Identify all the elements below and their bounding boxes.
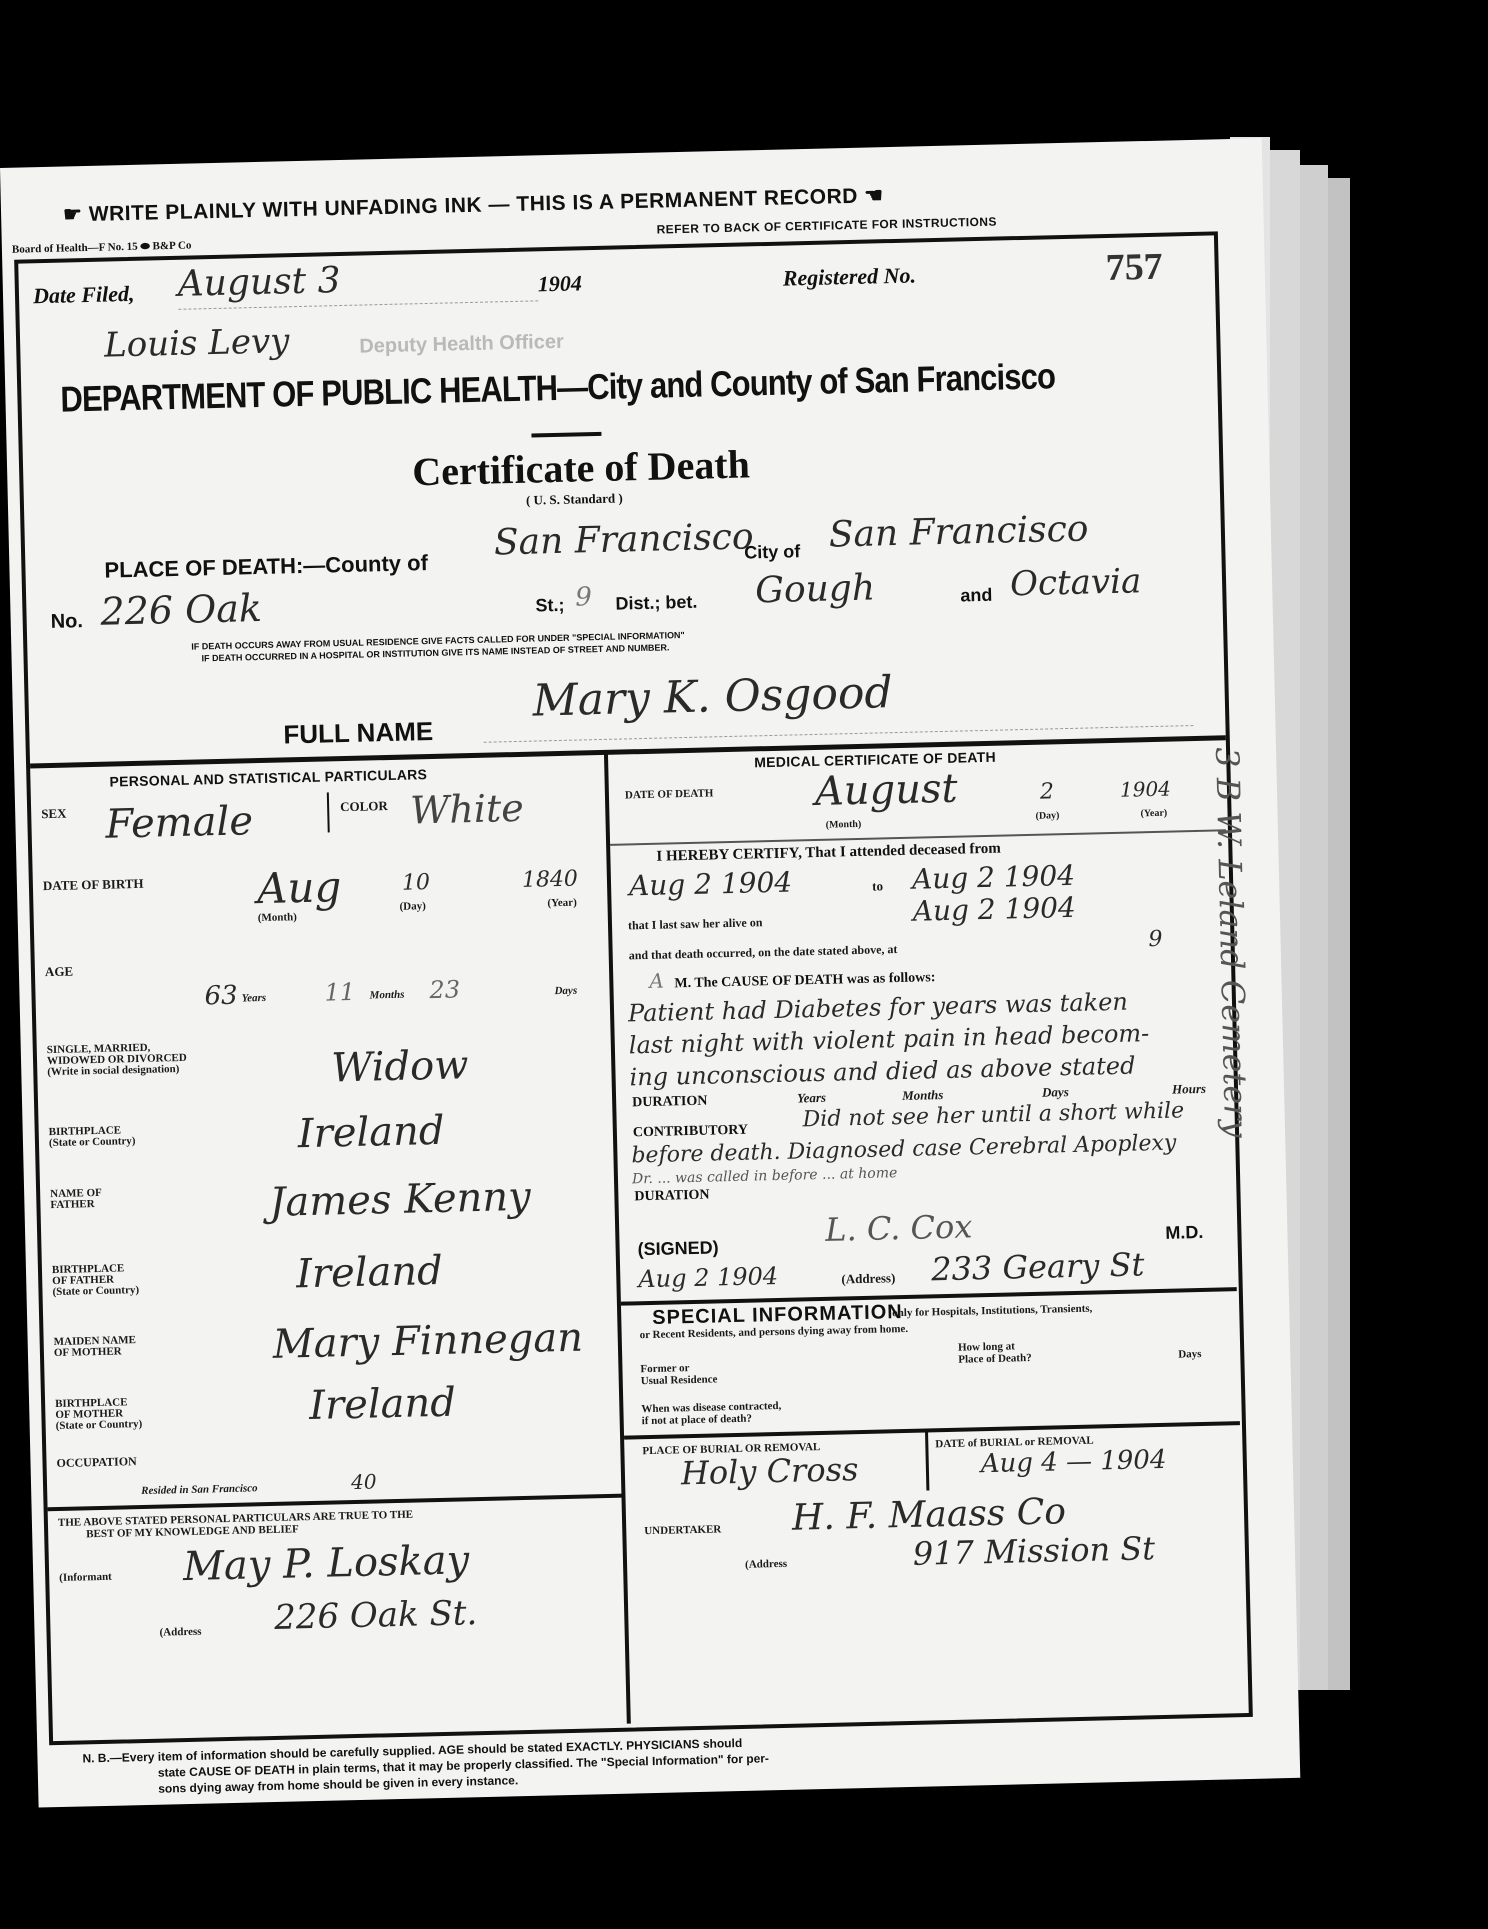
day-caption: (Day) bbox=[1035, 809, 1059, 823]
st-label: St.; bbox=[535, 595, 564, 617]
sex-value: Female bbox=[105, 798, 254, 847]
city-value: San Francisco bbox=[828, 508, 1088, 555]
margin-annotation: 3 B W. Leland Cemetery bbox=[1208, 747, 1255, 1138]
years-caption: Years bbox=[241, 992, 266, 1006]
and-label: and bbox=[960, 585, 993, 607]
pointing-hand-icon: ☚ bbox=[858, 184, 884, 208]
years-caption: Years bbox=[797, 1091, 826, 1105]
certificate-title: Certificate of Death bbox=[412, 440, 751, 495]
burial-date: Aug 4 — 1904 bbox=[980, 1445, 1166, 1479]
date-filed-label: Date Filed, bbox=[33, 281, 135, 309]
date-filed-value: August 3 bbox=[177, 260, 341, 305]
between-street-2: Octavia bbox=[1010, 561, 1142, 604]
marital-value: Widow bbox=[331, 1042, 469, 1091]
month-caption: (Month) bbox=[826, 818, 862, 832]
signed-date: Aug 2 1904 bbox=[638, 1262, 778, 1293]
form-id: Board of Health—F No. 15 ⬬ B&P Co bbox=[12, 240, 192, 257]
father-birthplace-value: Ireland bbox=[296, 1248, 444, 1297]
last-saw-date: Aug 2 1904 bbox=[912, 891, 1076, 928]
between-street-1: Gough bbox=[755, 568, 876, 612]
page-stack-edges bbox=[1300, 165, 1328, 1725]
certificate-page: ☛ WRITE PLAINLY WITH UNFADING INK — THIS… bbox=[0, 138, 1300, 1807]
father-birthplace-label-line: (State or Country) bbox=[52, 1285, 139, 1298]
full-name-label: FULL NAME bbox=[283, 716, 433, 751]
undertaker-address-label: (Address bbox=[745, 1558, 787, 1572]
date-filed-year: 1904 bbox=[538, 270, 583, 297]
street-no-label: No. bbox=[50, 610, 83, 634]
signed-label: (SIGNED) bbox=[637, 1237, 718, 1260]
how-long-days-label: Days bbox=[1178, 1348, 1202, 1362]
physician-address: 233 Geary St bbox=[931, 1245, 1145, 1288]
duration-label: DURATION bbox=[632, 1094, 708, 1112]
age-label: AGE bbox=[45, 965, 73, 979]
dob-day: 10 bbox=[402, 870, 431, 896]
father-label: NAME OF FATHER bbox=[50, 1188, 102, 1211]
attended-from: Aug 2 1904 bbox=[629, 866, 793, 903]
undertaker-label: UNDERTAKER bbox=[644, 1523, 721, 1538]
how-long-label: How long at Place of Death? bbox=[958, 1340, 1032, 1366]
certificate-subtitle: ( U. S. Standard ) bbox=[526, 490, 623, 508]
registered-label: Registered No. bbox=[783, 262, 917, 291]
burial-place: Holy Cross bbox=[680, 1450, 858, 1492]
physician-address-label: (Address) bbox=[841, 1271, 895, 1285]
physician-signature: L. C. Cox bbox=[825, 1207, 973, 1248]
contracted-label: When was disease contracted, if not at p… bbox=[641, 1400, 781, 1427]
father-birthplace-label: BIRTHPLACE OF FATHER (State or Country) bbox=[52, 1263, 139, 1298]
dob-month: Aug bbox=[256, 862, 341, 913]
footer-note: N. B.—Every item of information should b… bbox=[82, 1734, 769, 1798]
month-caption: (Month) bbox=[258, 911, 297, 925]
days-caption: Days bbox=[554, 985, 577, 999]
hours-caption: Hours bbox=[1172, 1082, 1206, 1096]
birthplace-label: BIRTHPLACE (State or Country) bbox=[49, 1125, 136, 1149]
birthplace-label-line: (State or Country) bbox=[49, 1136, 136, 1149]
undertaker-address: 917 Mission St bbox=[912, 1529, 1155, 1573]
informant-label: (Informant bbox=[59, 1571, 112, 1585]
color-value: White bbox=[410, 786, 524, 833]
city-label: City of bbox=[744, 541, 800, 563]
full-name-value: Mary K. Osgood bbox=[532, 667, 893, 726]
mother-value: Mary Finnegan bbox=[272, 1315, 583, 1368]
months-caption: Months bbox=[902, 1088, 943, 1102]
how-long-label-line: Place of Death? bbox=[958, 1352, 1032, 1366]
birthplace-value: Ireland bbox=[297, 1108, 445, 1157]
resided-label: Resided in San Francisco bbox=[141, 1482, 258, 1498]
color-label: COLOR bbox=[340, 799, 388, 813]
county-value: San Francisco bbox=[493, 516, 753, 563]
officer-title-stamp: Deputy Health Officer bbox=[359, 331, 564, 359]
informant-name: May P. Loskay bbox=[182, 1537, 469, 1590]
duration-label-2: DURATION bbox=[634, 1188, 710, 1206]
marital-label: SINGLE, MARRIED, WIDOWED OR DIVORCED (Wr… bbox=[47, 1042, 187, 1078]
mother-birthplace-label-line: (State or Country) bbox=[56, 1419, 143, 1432]
year-caption: (Year) bbox=[1140, 807, 1167, 821]
to-label: to bbox=[872, 879, 883, 892]
am-pm: A bbox=[649, 969, 664, 993]
age-days: 23 bbox=[429, 975, 460, 1004]
attended-to: Aug 2 1904 bbox=[912, 859, 1076, 896]
mother-label: MAIDEN NAME OF MOTHER bbox=[54, 1335, 137, 1359]
registered-number: 757 bbox=[1105, 245, 1163, 290]
year-caption: (Year) bbox=[547, 897, 577, 911]
former-residence-label: Former or Usual Residence bbox=[640, 1361, 717, 1387]
resided-years: 40 bbox=[351, 1469, 377, 1494]
dod-year: 1904 bbox=[1120, 777, 1171, 802]
occupation-label: OCCUPATION bbox=[56, 1455, 137, 1470]
mother-birthplace-value: Ireland bbox=[309, 1380, 457, 1429]
md-label: M.D. bbox=[1165, 1222, 1203, 1244]
father-value: James Kenny bbox=[269, 1174, 531, 1226]
mother-birthplace-label: BIRTHPLACE OF MOTHER (State or Country) bbox=[55, 1397, 142, 1432]
mother-label-line: OF MOTHER bbox=[54, 1346, 136, 1359]
sex-label: SEX bbox=[41, 807, 67, 821]
months-caption: Months bbox=[369, 989, 404, 1003]
street-address-value: 226 Oak bbox=[100, 586, 262, 634]
informant-address-label: (Address bbox=[159, 1626, 201, 1640]
time-of-death: 9 bbox=[1148, 927, 1163, 952]
age-years: 63 bbox=[204, 981, 238, 1012]
dod-day: 2 bbox=[1040, 779, 1055, 804]
refer-note: REFER TO BACK OF CERTIFICATE FOR INSTRUC… bbox=[656, 215, 996, 237]
informant-address: 226 Oak St. bbox=[274, 1593, 478, 1638]
dod-month: August bbox=[814, 766, 958, 815]
officer-signature: Louis Levy bbox=[104, 321, 290, 365]
former-residence-label-line: Usual Residence bbox=[641, 1373, 718, 1387]
pointing-hand-icon: ☛ bbox=[63, 203, 89, 227]
contributory-label: CONTRIBUTORY bbox=[633, 1123, 749, 1142]
dob-label: DATE OF BIRTH bbox=[43, 877, 144, 892]
day-caption: (Day) bbox=[399, 900, 426, 914]
days-caption: Days bbox=[1042, 1085, 1069, 1099]
district-value: 9 bbox=[575, 582, 592, 612]
father-label-line: FATHER bbox=[50, 1199, 102, 1211]
printer-seal-icon: ⬬ bbox=[140, 240, 150, 252]
dist-between-label: Dist.; bet. bbox=[615, 592, 697, 615]
dod-label: DATE OF DEATH bbox=[625, 787, 714, 802]
dob-year: 1840 bbox=[522, 867, 579, 893]
age-months: 11 bbox=[324, 978, 355, 1007]
page-stack-edges bbox=[1328, 178, 1350, 1718]
